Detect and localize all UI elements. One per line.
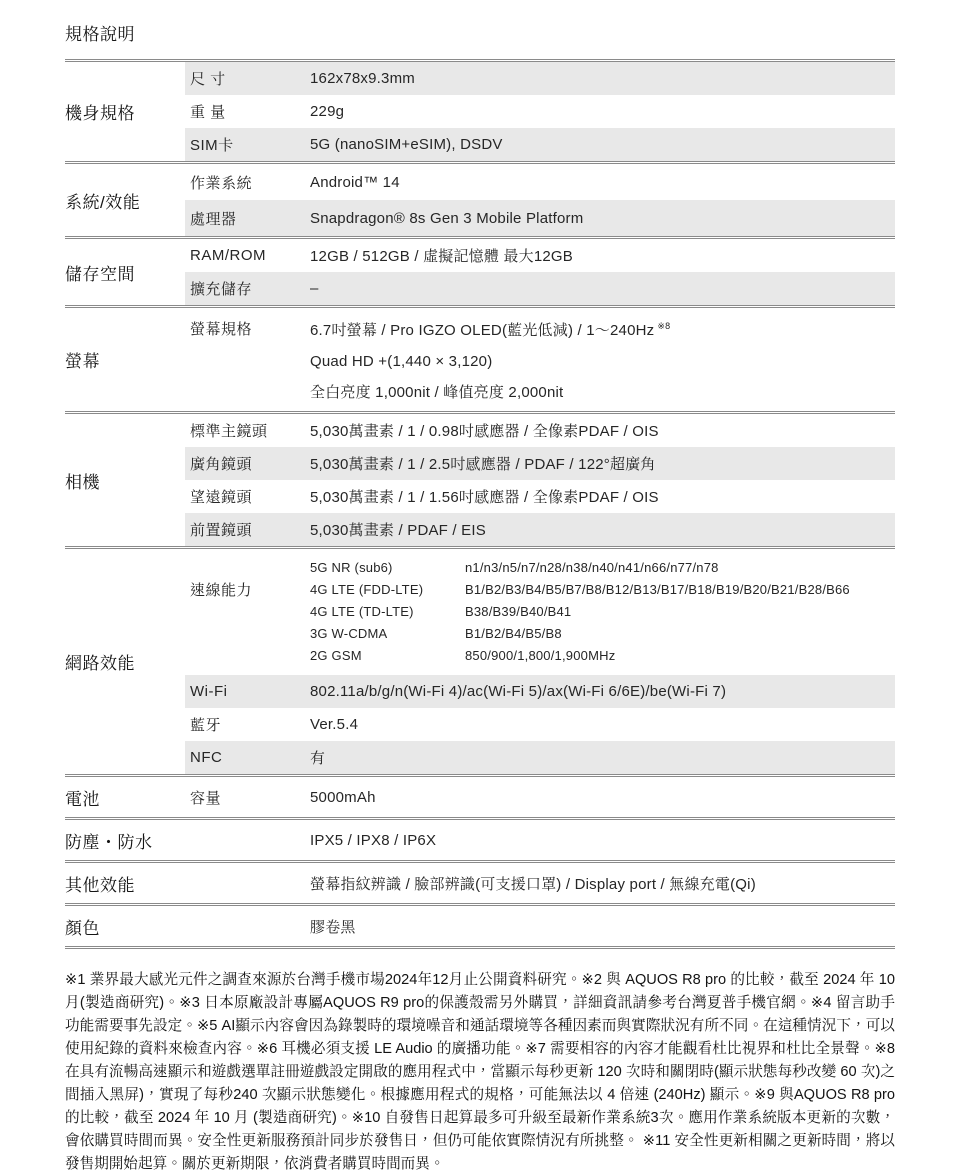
table-row: 藍牙 Ver.5.4 [185,708,895,741]
row-label: 標準主鏡頭 [185,420,310,441]
table-row: 螢幕規格 6.7吋螢幕 / Pro IGZO OLED(藍光低減) / 1～24… [185,308,895,411]
row-value: 5G NR (sub6) n1/n3/n5/n7/n28/n38/n40/n41… [310,557,895,667]
table-row-bands: 速線能力 5G NR (sub6) n1/n3/n5/n7/n28/n38/n4… [185,549,895,675]
row-label: 藍牙 [185,714,310,735]
table-row: NFC 有 [185,741,895,774]
row-value: 5,030萬畫素 / 1 / 1.56吋感應器 / 全像素PDAF / OIS [310,486,895,507]
section-display: 螢幕 螢幕規格 6.7吋螢幕 / Pro IGZO OLED(藍光低減) / 1… [65,305,895,411]
band-list: B1/B2/B4/B5/B8 [465,623,895,645]
display-spec-text: 6.7吋螢幕 / Pro IGZO OLED(藍光低減) / 1～240Hz [310,322,654,339]
row-value: 5,030萬畫素 / PDAF / EIS [310,519,895,540]
band-type: 4G LTE (FDD-LTE) [310,579,465,601]
section-category: 機身規格 [65,62,185,161]
row-label: Wi-Fi [185,683,310,700]
section-system: 系統/效能 作業系統 Android™ 14 處理器 Snapdragon® 8… [65,161,895,236]
band-line: 3G W-CDMA B1/B2/B4/B5/B8 [310,623,895,645]
band-line: 2G GSM 850/900/1,800/1,900MHz [310,645,895,667]
row-value: 有 [310,747,895,768]
row-label: 尺 寸 [185,68,310,89]
footnote-marker: ※8 [657,321,670,331]
row-value: – [310,280,895,297]
band-line: 5G NR (sub6) n1/n3/n5/n7/n28/n38/n40/n41… [310,557,895,579]
row-value: 229g [310,103,895,120]
display-spec-line: 全白亮度 1,000nit / 峰值亮度 2,000nit [310,377,895,408]
section-color: 顏色 膠卷黑 [65,903,895,946]
row-label: 處理器 [185,208,310,229]
section-category: 電池 [65,777,185,817]
row-label: 擴充儲存 [185,278,310,299]
row-value: 5000mAh [310,789,895,806]
row-label: 重 量 [185,101,310,122]
row-value: 6.7吋螢幕 / Pro IGZO OLED(藍光低減) / 1～240Hz※8… [310,311,895,408]
table-row: 重 量 229g [185,95,895,128]
row-value: 802.11a/b/g/n(Wi-Fi 4)/ac(Wi-Fi 5)/ax(Wi… [310,683,895,700]
section-battery: 電池 容量 5000mAh [65,774,895,817]
row-label: 作業系統 [185,172,310,193]
footnotes-text: ※1 業界最大感光元件之調查來源於台灣手機市場2024年12月止公開資料研究。※… [65,969,895,1176]
row-value: Ver.5.4 [310,716,895,733]
table-row: 膠卷黑 [185,906,895,946]
row-value: Android™ 14 [310,174,895,191]
table-row: 作業系統 Android™ 14 [185,164,895,200]
table-row: Wi-Fi 802.11a/b/g/n(Wi-Fi 4)/ac(Wi-Fi 5)… [185,675,895,708]
section-category: 螢幕 [65,308,185,411]
band-type: 3G W-CDMA [310,623,465,645]
row-value: 5,030萬畫素 / 1 / 0.98吋感應器 / 全像素PDAF / OIS [310,420,895,441]
row-label: 望遠鏡頭 [185,486,310,507]
row-label: 廣角鏡頭 [185,453,310,474]
section-category: 其他效能 [65,863,185,903]
table-row: 標準主鏡頭 5,030萬畫素 / 1 / 0.98吋感應器 / 全像素PDAF … [185,414,895,447]
table-row: 前置鏡頭 5,030萬畫素 / PDAF / EIS [185,513,895,546]
row-value: 162x78x9.3mm [310,70,895,87]
section-category: 相機 [65,414,185,546]
section-category: 防塵・防水 [65,820,185,860]
row-label: 螢幕規格 [185,311,310,345]
band-list: B38/B39/B40/B41 [465,601,895,623]
row-value: 5,030萬畫素 / 1 / 2.5吋感應器 / PDAF / 122°超廣角 [310,453,895,474]
band-list: B1/B2/B3/B4/B5/B7/B8/B12/B13/B17/B18/B19… [465,579,895,601]
section-camera: 相機 標準主鏡頭 5,030萬畫素 / 1 / 0.98吋感應器 / 全像素PD… [65,411,895,546]
row-value: Snapdragon® 8s Gen 3 Mobile Platform [310,210,895,227]
row-value: IPX5 / IPX8 / IP6X [310,832,895,849]
row-value: 螢幕指紋辨識 / 臉部辨識(可支援口罩) / Display port / 無線… [310,873,895,894]
table-row: RAM/ROM 12GB / 512GB / 虛擬記憶體 最大12GB [185,239,895,272]
row-value: 5G (nanoSIM+eSIM), DSDV [310,136,895,153]
section-category: 系統/效能 [65,164,185,236]
row-value: 12GB / 512GB / 虛擬記憶體 最大12GB [310,245,895,266]
band-type: 4G LTE (TD-LTE) [310,601,465,623]
row-label: NFC [185,749,310,766]
band-list: 850/900/1,800/1,900MHz [465,645,895,667]
band-list: n1/n3/n5/n7/n28/n38/n40/n41/n66/n77/n78 [465,557,895,579]
section-category: 顏色 [65,906,185,946]
table-row: 尺 寸 162x78x9.3mm [185,62,895,95]
section-category: 網路效能 [65,549,185,774]
table-row: 容量 5000mAh [185,777,895,817]
table-row: IPX5 / IPX8 / IP6X [185,820,895,860]
table-row: 擴充儲存 – [185,272,895,305]
display-spec-line: Quad HD +(1,440 × 3,120) [310,346,895,377]
section-network: 網路效能 速線能力 5G NR (sub6) n1/n3/n5/n7/n28/n… [65,546,895,774]
band-line: 4G LTE (TD-LTE) B38/B39/B40/B41 [310,601,895,623]
row-label: RAM/ROM [185,247,310,264]
section-body: 機身規格 尺 寸 162x78x9.3mm 重 量 229g SIM卡 5G (… [65,59,895,161]
section-waterproof: 防塵・防水 IPX5 / IPX8 / IP6X [65,817,895,860]
row-label: 容量 [185,787,310,808]
page-title: 規格說明 [65,20,895,45]
spec-table: 機身規格 尺 寸 162x78x9.3mm 重 量 229g SIM卡 5G (… [65,59,895,949]
section-storage: 儲存空間 RAM/ROM 12GB / 512GB / 虛擬記憶體 最大12GB… [65,236,895,305]
row-label: 前置鏡頭 [185,519,310,540]
row-value: 膠卷黑 [310,916,895,937]
band-line: 4G LTE (FDD-LTE) B1/B2/B3/B4/B5/B7/B8/B1… [310,579,895,601]
table-row: 處理器 Snapdragon® 8s Gen 3 Mobile Platform [185,200,895,236]
table-row: SIM卡 5G (nanoSIM+eSIM), DSDV [185,128,895,161]
table-row: 廣角鏡頭 5,030萬畫素 / 1 / 2.5吋感應器 / PDAF / 122… [185,447,895,480]
row-label: SIM卡 [185,134,310,155]
display-spec-line: 6.7吋螢幕 / Pro IGZO OLED(藍光低減) / 1～240Hz※8 [310,311,895,346]
table-row: 望遠鏡頭 5,030萬畫素 / 1 / 1.56吋感應器 / 全像素PDAF /… [185,480,895,513]
section-category: 儲存空間 [65,239,185,305]
section-other-features: 其他效能 螢幕指紋辨識 / 臉部辨識(可支援口罩) / Display port… [65,860,895,903]
band-type: 5G NR (sub6) [310,557,465,579]
band-type: 2G GSM [310,645,465,667]
row-label: 速線能力 [185,557,310,600]
spec-page: 規格說明 機身規格 尺 寸 162x78x9.3mm 重 量 229g SIM卡… [0,0,960,1176]
table-row: 螢幕指紋辨識 / 臉部辨識(可支援口罩) / Display port / 無線… [185,863,895,903]
